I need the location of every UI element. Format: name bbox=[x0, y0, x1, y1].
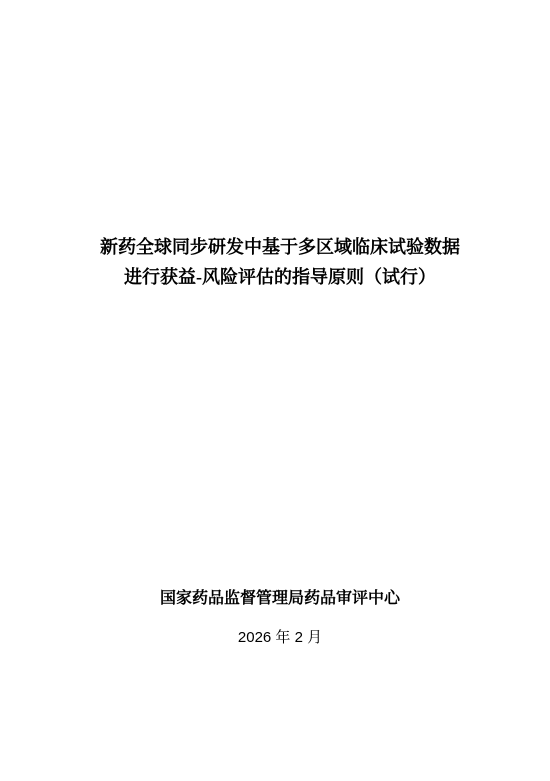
document-title-line2: 进行获益-风险评估的指导原则（试行） bbox=[10, 262, 550, 292]
publisher-name: 国家药品监督管理局药品审评中心 bbox=[10, 588, 550, 609]
document-cover-page: 新药全球同步研发中基于多区域临床试验数据 进行获益-风险评估的指导原则（试行） … bbox=[0, 0, 550, 781]
publication-date: 2026 年 2 月 bbox=[10, 628, 550, 648]
document-title-line1: 新药全球同步研发中基于多区域临床试验数据 bbox=[10, 232, 550, 262]
document-title: 新药全球同步研发中基于多区域临床试验数据 进行获益-风险评估的指导原则（试行） bbox=[10, 232, 550, 292]
